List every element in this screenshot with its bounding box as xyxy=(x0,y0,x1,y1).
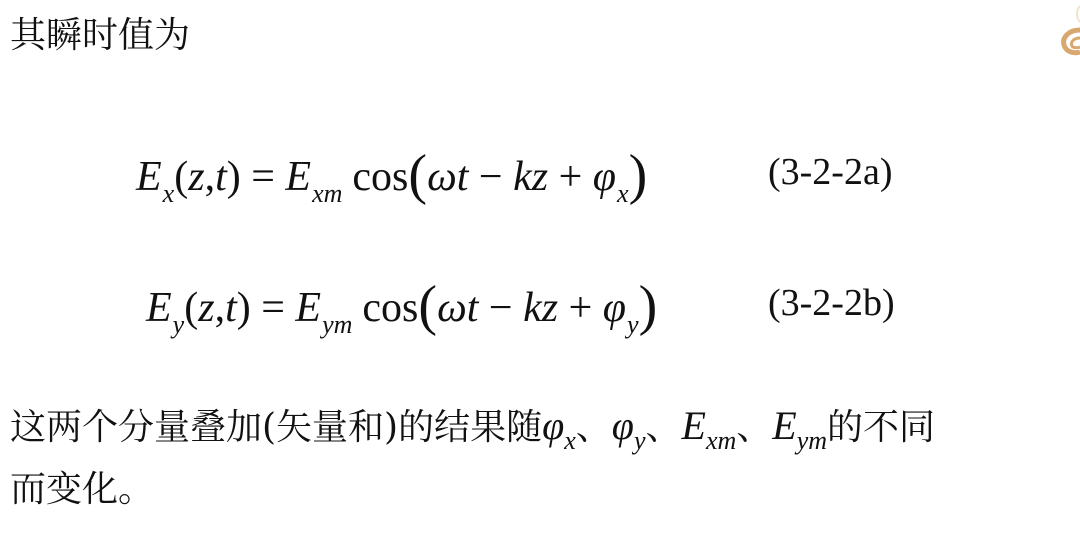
intro-text: 其瞬时值为 xyxy=(10,14,190,58)
eq-a-close-paren: ) xyxy=(629,144,648,206)
eq-a-open-paren: ( xyxy=(408,144,427,206)
eq-b-lhs-symbol: E xyxy=(146,285,172,331)
phi-y-sub: y xyxy=(634,426,646,455)
eq-a-amp-sub: xm xyxy=(312,179,342,208)
eq-b-close-paren: ) xyxy=(639,275,658,337)
eq-a-amp-symbol: E xyxy=(285,154,311,200)
eq-a-phi-sub: x xyxy=(617,179,629,208)
paragraph-line-1: 这两个分量叠加(矢量和)的结果随φx、φy、Exm、Eym的不同 xyxy=(10,404,935,453)
eq-b-phi-sub: y xyxy=(627,310,639,339)
separator-2: 、 xyxy=(645,407,681,448)
eq-b-plus: + xyxy=(569,285,593,331)
equation-3-2-2a: Ex(z,t) = Exmcos(ωt − kz + φx) xyxy=(136,147,647,207)
paragraph-line-2: 而变化。 xyxy=(10,468,154,512)
decorative-swirl-icon xyxy=(1058,0,1080,60)
phi-x-sub: x xyxy=(564,426,576,455)
eym-sub: ym xyxy=(797,426,827,455)
eq-a-omega: ω xyxy=(427,154,457,200)
separator-1: 、 xyxy=(576,407,612,448)
eym-symbol: E xyxy=(772,403,796,448)
eq-b-equals: = xyxy=(261,285,285,331)
eq-a-func: cos xyxy=(352,154,408,200)
equation-number-b: (3-2-2b) xyxy=(768,280,895,326)
eq-b-minus: − xyxy=(489,285,513,331)
separator-3: 、 xyxy=(736,407,772,448)
eq-b-omega: ω xyxy=(437,285,467,331)
phi-x-symbol: φ xyxy=(542,403,564,448)
eq-a-args: (z,t) xyxy=(174,154,241,200)
exm-symbol: E xyxy=(682,403,706,448)
eq-a-t: t xyxy=(457,154,469,200)
eq-a-lhs-symbol: E xyxy=(136,154,162,200)
eq-a-plus: + xyxy=(559,154,583,200)
paragraph-part1: 这两个分量叠加(矢量和)的结果随 xyxy=(10,407,542,448)
eq-b-t: t xyxy=(467,285,479,331)
eq-a-phi: φ xyxy=(593,154,616,200)
equation-number-a: (3-2-2a) xyxy=(768,149,892,195)
eq-b-lhs-sub: y xyxy=(173,310,185,339)
eq-b-func: cos xyxy=(362,285,418,331)
exm-sub: xm xyxy=(706,426,736,455)
eq-b-open-paren: ( xyxy=(418,275,437,337)
eq-a-lhs-sub: x xyxy=(163,179,175,208)
eq-a-minus: − xyxy=(479,154,503,200)
paragraph-part2: 的不同 xyxy=(827,407,935,448)
eq-b-phi: φ xyxy=(603,285,626,331)
eq-b-args: (z,t) xyxy=(184,285,251,331)
eq-b-amp-symbol: E xyxy=(295,285,321,331)
eq-a-kz: kz xyxy=(513,154,548,200)
phi-y-symbol: φ xyxy=(612,403,634,448)
eq-a-equals: = xyxy=(251,154,275,200)
eq-b-amp-sub: ym xyxy=(322,310,352,339)
eq-b-kz: kz xyxy=(523,285,558,331)
equation-3-2-2b: Ey(z,t) = Eymcos(ωt − kz + φy) xyxy=(146,278,657,338)
